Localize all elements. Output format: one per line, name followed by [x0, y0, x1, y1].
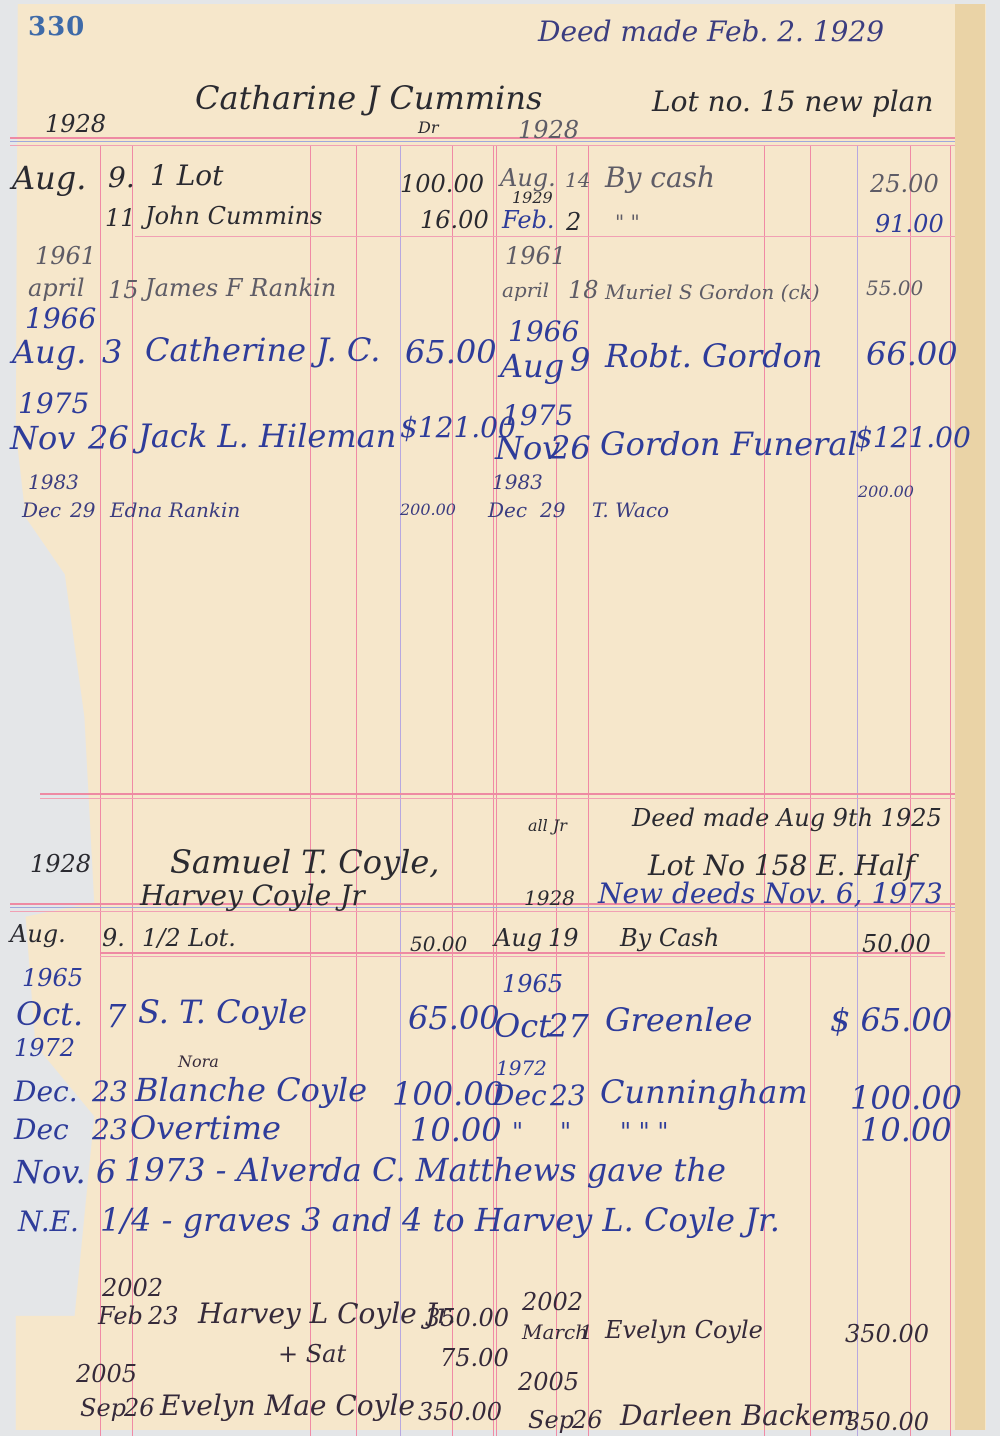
- owner-annotation: all Jr: [528, 818, 567, 834]
- row-annotation: Nora: [178, 1054, 219, 1070]
- year-left: 1928: [45, 112, 106, 136]
- new-deeds-note: New deeds Nov. 6, 1973: [598, 880, 943, 908]
- paper-right-edge: [955, 4, 985, 1430]
- ledger-page-scan: 330 Deed made Feb. 2. 1929 1928 Catharin…: [0, 0, 1000, 1436]
- deed-note: Deed made Feb. 2. 1929: [538, 18, 884, 46]
- account-owner: Catharine J Cummins: [195, 82, 542, 114]
- co-owner: Harvey Coyle Jr: [140, 882, 365, 910]
- lot-note: Lot No 158 E. Half: [648, 852, 915, 880]
- deed-note: Deed made Aug 9th 1925: [632, 806, 942, 830]
- dr-label: Dr: [418, 120, 438, 136]
- year-left: 1928: [30, 852, 91, 876]
- year-right: 1928: [518, 118, 579, 142]
- account-owner: Samuel T. Coyle,: [170, 846, 439, 878]
- lot-note: Lot no. 15 new plan: [652, 88, 933, 116]
- year-right: 1928: [524, 888, 575, 908]
- page-number: 330: [28, 12, 85, 42]
